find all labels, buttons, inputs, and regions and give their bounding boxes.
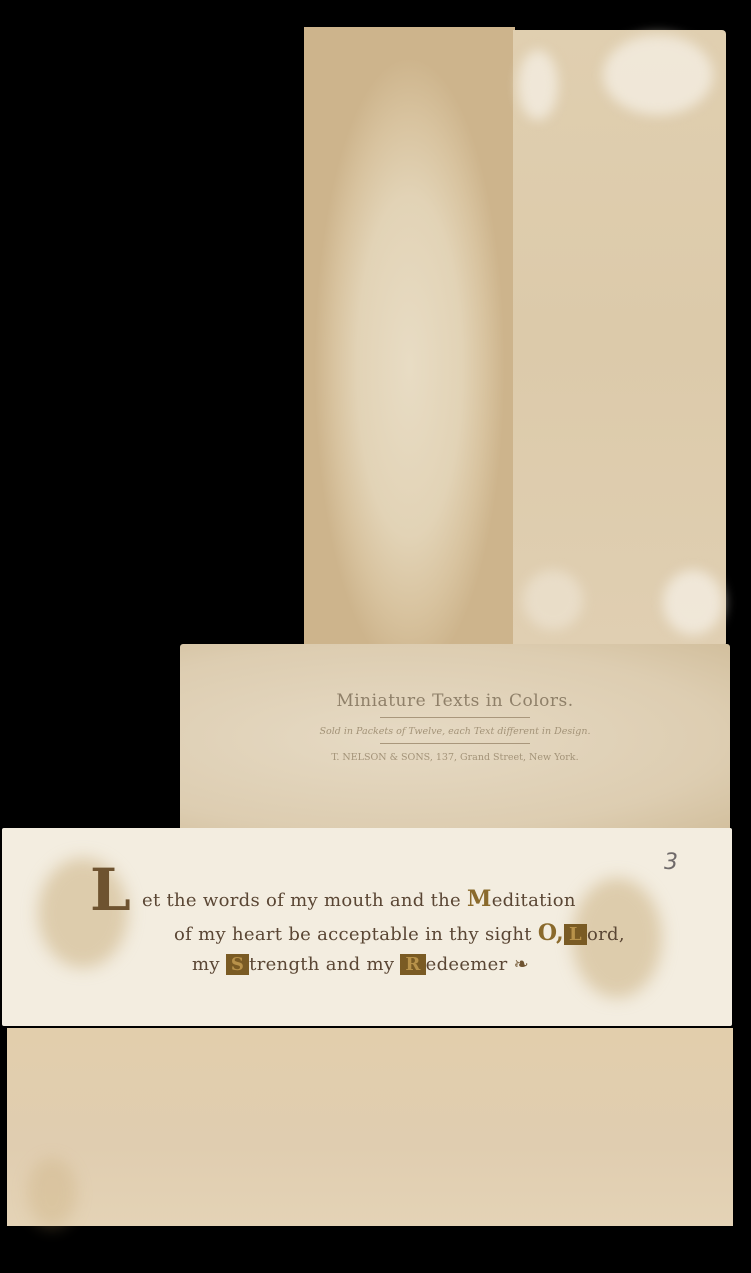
illuminated-initial: L [90, 856, 131, 924]
paper-blotch [518, 50, 558, 120]
paper-blotch [523, 570, 583, 630]
card-verse-front: L et the words of my mouth and the Medit… [2, 828, 732, 1026]
verse-text: of my heart be acceptable in thy sight [174, 924, 538, 945]
gold-box-letter: S [226, 954, 249, 975]
pencil-mark: 3 [664, 850, 678, 875]
verse-line-3: my Strength and my Redeemer ❧ [192, 954, 529, 975]
card-bottom-back [7, 1028, 733, 1226]
divider [380, 717, 530, 718]
flourish-icon: ❧ [514, 954, 529, 975]
verse-text: et the words of my mouth and the [142, 890, 467, 911]
gold-letter: M [467, 886, 492, 912]
verse-line-2: of my heart be acceptable in thy sight O… [174, 920, 625, 946]
publisher-imprint: T. NELSON & SONS, 137, Grand Street, New… [180, 752, 730, 763]
paper-blotch [603, 35, 713, 115]
gold-letter: O, [538, 920, 564, 946]
card-title: Miniature Texts in Colors. [180, 691, 730, 711]
verse-line-1: et the words of my mouth and the Meditat… [142, 886, 576, 912]
gold-box-letter: L [564, 924, 587, 945]
divider [380, 743, 530, 744]
verse-text: edeemer [426, 954, 508, 975]
card-top-right-back [513, 30, 726, 647]
verse-text: ord, [587, 924, 625, 945]
gold-box-letter: R [400, 954, 425, 975]
verse-text: my [192, 954, 226, 975]
water-stain [27, 1158, 77, 1228]
card-subtitle: Sold in Packets of Twelve, each Text dif… [180, 726, 730, 737]
paper-blotch [663, 570, 723, 635]
card-top-left-back [304, 27, 515, 644]
verse-text: editation [492, 890, 576, 911]
verse-text: trength and my [249, 954, 400, 975]
card-publisher-back: Miniature Texts in Colors. Sold in Packe… [180, 644, 730, 832]
